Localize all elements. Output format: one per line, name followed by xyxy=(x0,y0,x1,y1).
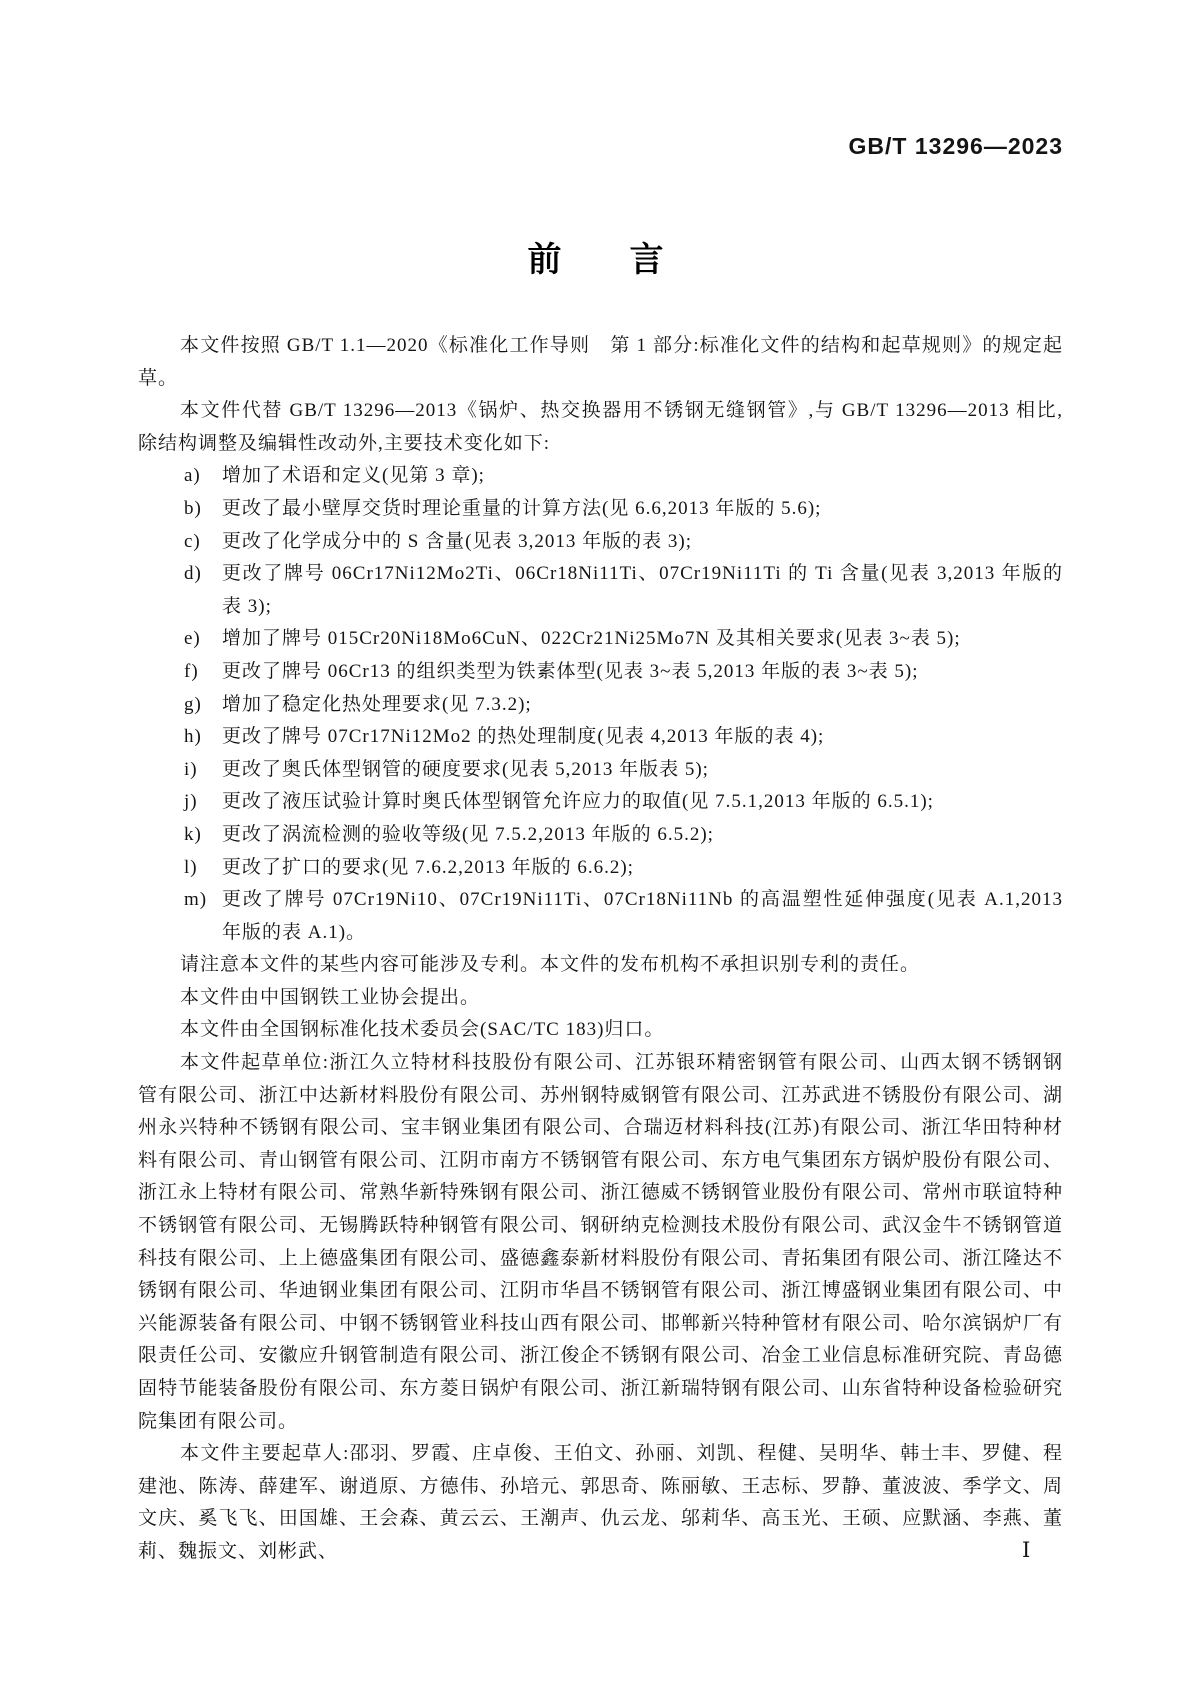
change-item-text: 更改了牌号 06Cr17Ni12Mo2Ti、06Cr18Ni11Ti、07Cr1… xyxy=(222,558,1063,623)
change-item-label: e) xyxy=(184,623,222,656)
change-item-k: k) 更改了涡流检测的验收等级(见 7.5.2,2013 年版的 6.5.2); xyxy=(138,819,1063,852)
change-item-l: l) 更改了扩口的要求(见 7.6.2,2013 年版的 6.6.2); xyxy=(138,852,1063,885)
document-body: 本文件按照 GB/T 1.1—2020《标准化工作导则 第 1 部分:标准化文件… xyxy=(138,330,1063,1569)
change-item-text: 增加了术语和定义(见第 3 章); xyxy=(222,460,1063,493)
change-item-text: 增加了牌号 015Cr20Ni18Mo6CuN、022Cr21Ni25Mo7N … xyxy=(222,623,1063,656)
change-item-text: 更改了扩口的要求(见 7.6.2,2013 年版的 6.6.2); xyxy=(222,852,1063,885)
change-item-e: e) 增加了牌号 015Cr20Ni18Mo6CuN、022Cr21Ni25Mo… xyxy=(138,623,1063,656)
change-item-label: a) xyxy=(184,460,222,493)
change-item-label: f) xyxy=(184,656,222,689)
paragraph-centralized-by: 本文件由全国钢标准化技术委员会(SAC/TC 183)归口。 xyxy=(138,1014,1063,1047)
change-item-label: k) xyxy=(184,819,222,852)
change-item-label: g) xyxy=(184,689,222,722)
change-item-text: 更改了奥氏体型钢管的硬度要求(见表 5,2013 年版表 5); xyxy=(222,754,1063,787)
change-item-label: j) xyxy=(184,786,222,819)
change-item-label: h) xyxy=(184,721,222,754)
change-item-text: 更改了牌号 07Cr17Ni12Mo2 的热处理制度(见表 4,2013 年版的… xyxy=(222,721,1063,754)
change-item-j: j) 更改了液压试验计算时奥氏体型钢管允许应力的取值(见 7.5.1,2013 … xyxy=(138,786,1063,819)
paragraph-drafting-basis: 本文件按照 GB/T 1.1—2020《标准化工作导则 第 1 部分:标准化文件… xyxy=(138,330,1063,395)
change-item-text: 更改了涡流检测的验收等级(见 7.5.2,2013 年版的 6.5.2); xyxy=(222,819,1063,852)
technical-changes-list: a) 增加了术语和定义(见第 3 章); b) 更改了最小壁厚交货时理论重量的计… xyxy=(138,460,1063,949)
standard-number: GB/T 13296—2023 xyxy=(849,133,1063,160)
change-item-text: 增加了稳定化热处理要求(见 7.3.2); xyxy=(222,689,1063,722)
page-number: Ⅰ xyxy=(1022,1538,1030,1563)
change-item-label: c) xyxy=(184,526,222,559)
change-item-text: 更改了牌号 07Cr19Ni10、07Cr19Ni11Ti、07Cr18Ni11… xyxy=(222,884,1063,949)
change-item-text: 更改了化学成分中的 S 含量(见表 3,2013 年版的表 3); xyxy=(222,526,1063,559)
page-title: 前 言 xyxy=(0,232,1191,281)
document-page: GB/T 13296—2023 前 言 本文件按照 GB/T 1.1—2020《… xyxy=(0,0,1191,1685)
change-item-text: 更改了牌号 06Cr13 的组织类型为铁素体型(见表 3~表 5,2013 年版… xyxy=(222,656,1063,689)
change-item-text: 更改了液压试验计算时奥氏体型钢管允许应力的取值(见 7.5.1,2013 年版的… xyxy=(222,786,1063,819)
change-item-b: b) 更改了最小壁厚交货时理论重量的计算方法(见 6.6,2013 年版的 5.… xyxy=(138,493,1063,526)
change-item-m: m) 更改了牌号 07Cr19Ni10、07Cr19Ni11Ti、07Cr18N… xyxy=(138,884,1063,949)
change-item-f: f) 更改了牌号 06Cr13 的组织类型为铁素体型(见表 3~表 5,2013… xyxy=(138,656,1063,689)
change-item-label: i) xyxy=(184,754,222,787)
paragraph-replaces-previous: 本文件代替 GB/T 13296—2013《锅炉、热交换器用不锈钢无缝钢管》,与… xyxy=(138,395,1063,460)
change-item-label: d) xyxy=(184,558,222,623)
change-item-text: 更改了最小壁厚交货时理论重量的计算方法(见 6.6,2013 年版的 5.6); xyxy=(222,493,1063,526)
paragraph-proposed-by: 本文件由中国钢铁工业协会提出。 xyxy=(138,982,1063,1015)
paragraph-patent-notice: 请注意本文件的某些内容可能涉及专利。本文件的发布机构不承担识别专利的责任。 xyxy=(138,949,1063,982)
change-item-label: b) xyxy=(184,493,222,526)
change-item-h: h) 更改了牌号 07Cr17Ni12Mo2 的热处理制度(见表 4,2013 … xyxy=(138,721,1063,754)
paragraph-drafting-organizations: 本文件起草单位:浙江久立特材科技股份有限公司、江苏银环精密钢管有限公司、山西太钢… xyxy=(138,1047,1063,1438)
change-item-d: d) 更改了牌号 06Cr17Ni12Mo2Ti、06Cr18Ni11Ti、07… xyxy=(138,558,1063,623)
change-item-g: g) 增加了稳定化热处理要求(见 7.3.2); xyxy=(138,689,1063,722)
change-item-c: c) 更改了化学成分中的 S 含量(见表 3,2013 年版的表 3); xyxy=(138,526,1063,559)
change-item-label: l) xyxy=(184,852,222,885)
change-item-a: a) 增加了术语和定义(见第 3 章); xyxy=(138,460,1063,493)
change-item-label: m) xyxy=(184,884,222,949)
change-item-i: i) 更改了奥氏体型钢管的硬度要求(见表 5,2013 年版表 5); xyxy=(138,754,1063,787)
paragraph-main-drafters: 本文件主要起草人:邵羽、罗霞、庄卓俊、王伯文、孙丽、刘凯、程健、吴明华、韩士丰、… xyxy=(138,1438,1063,1568)
